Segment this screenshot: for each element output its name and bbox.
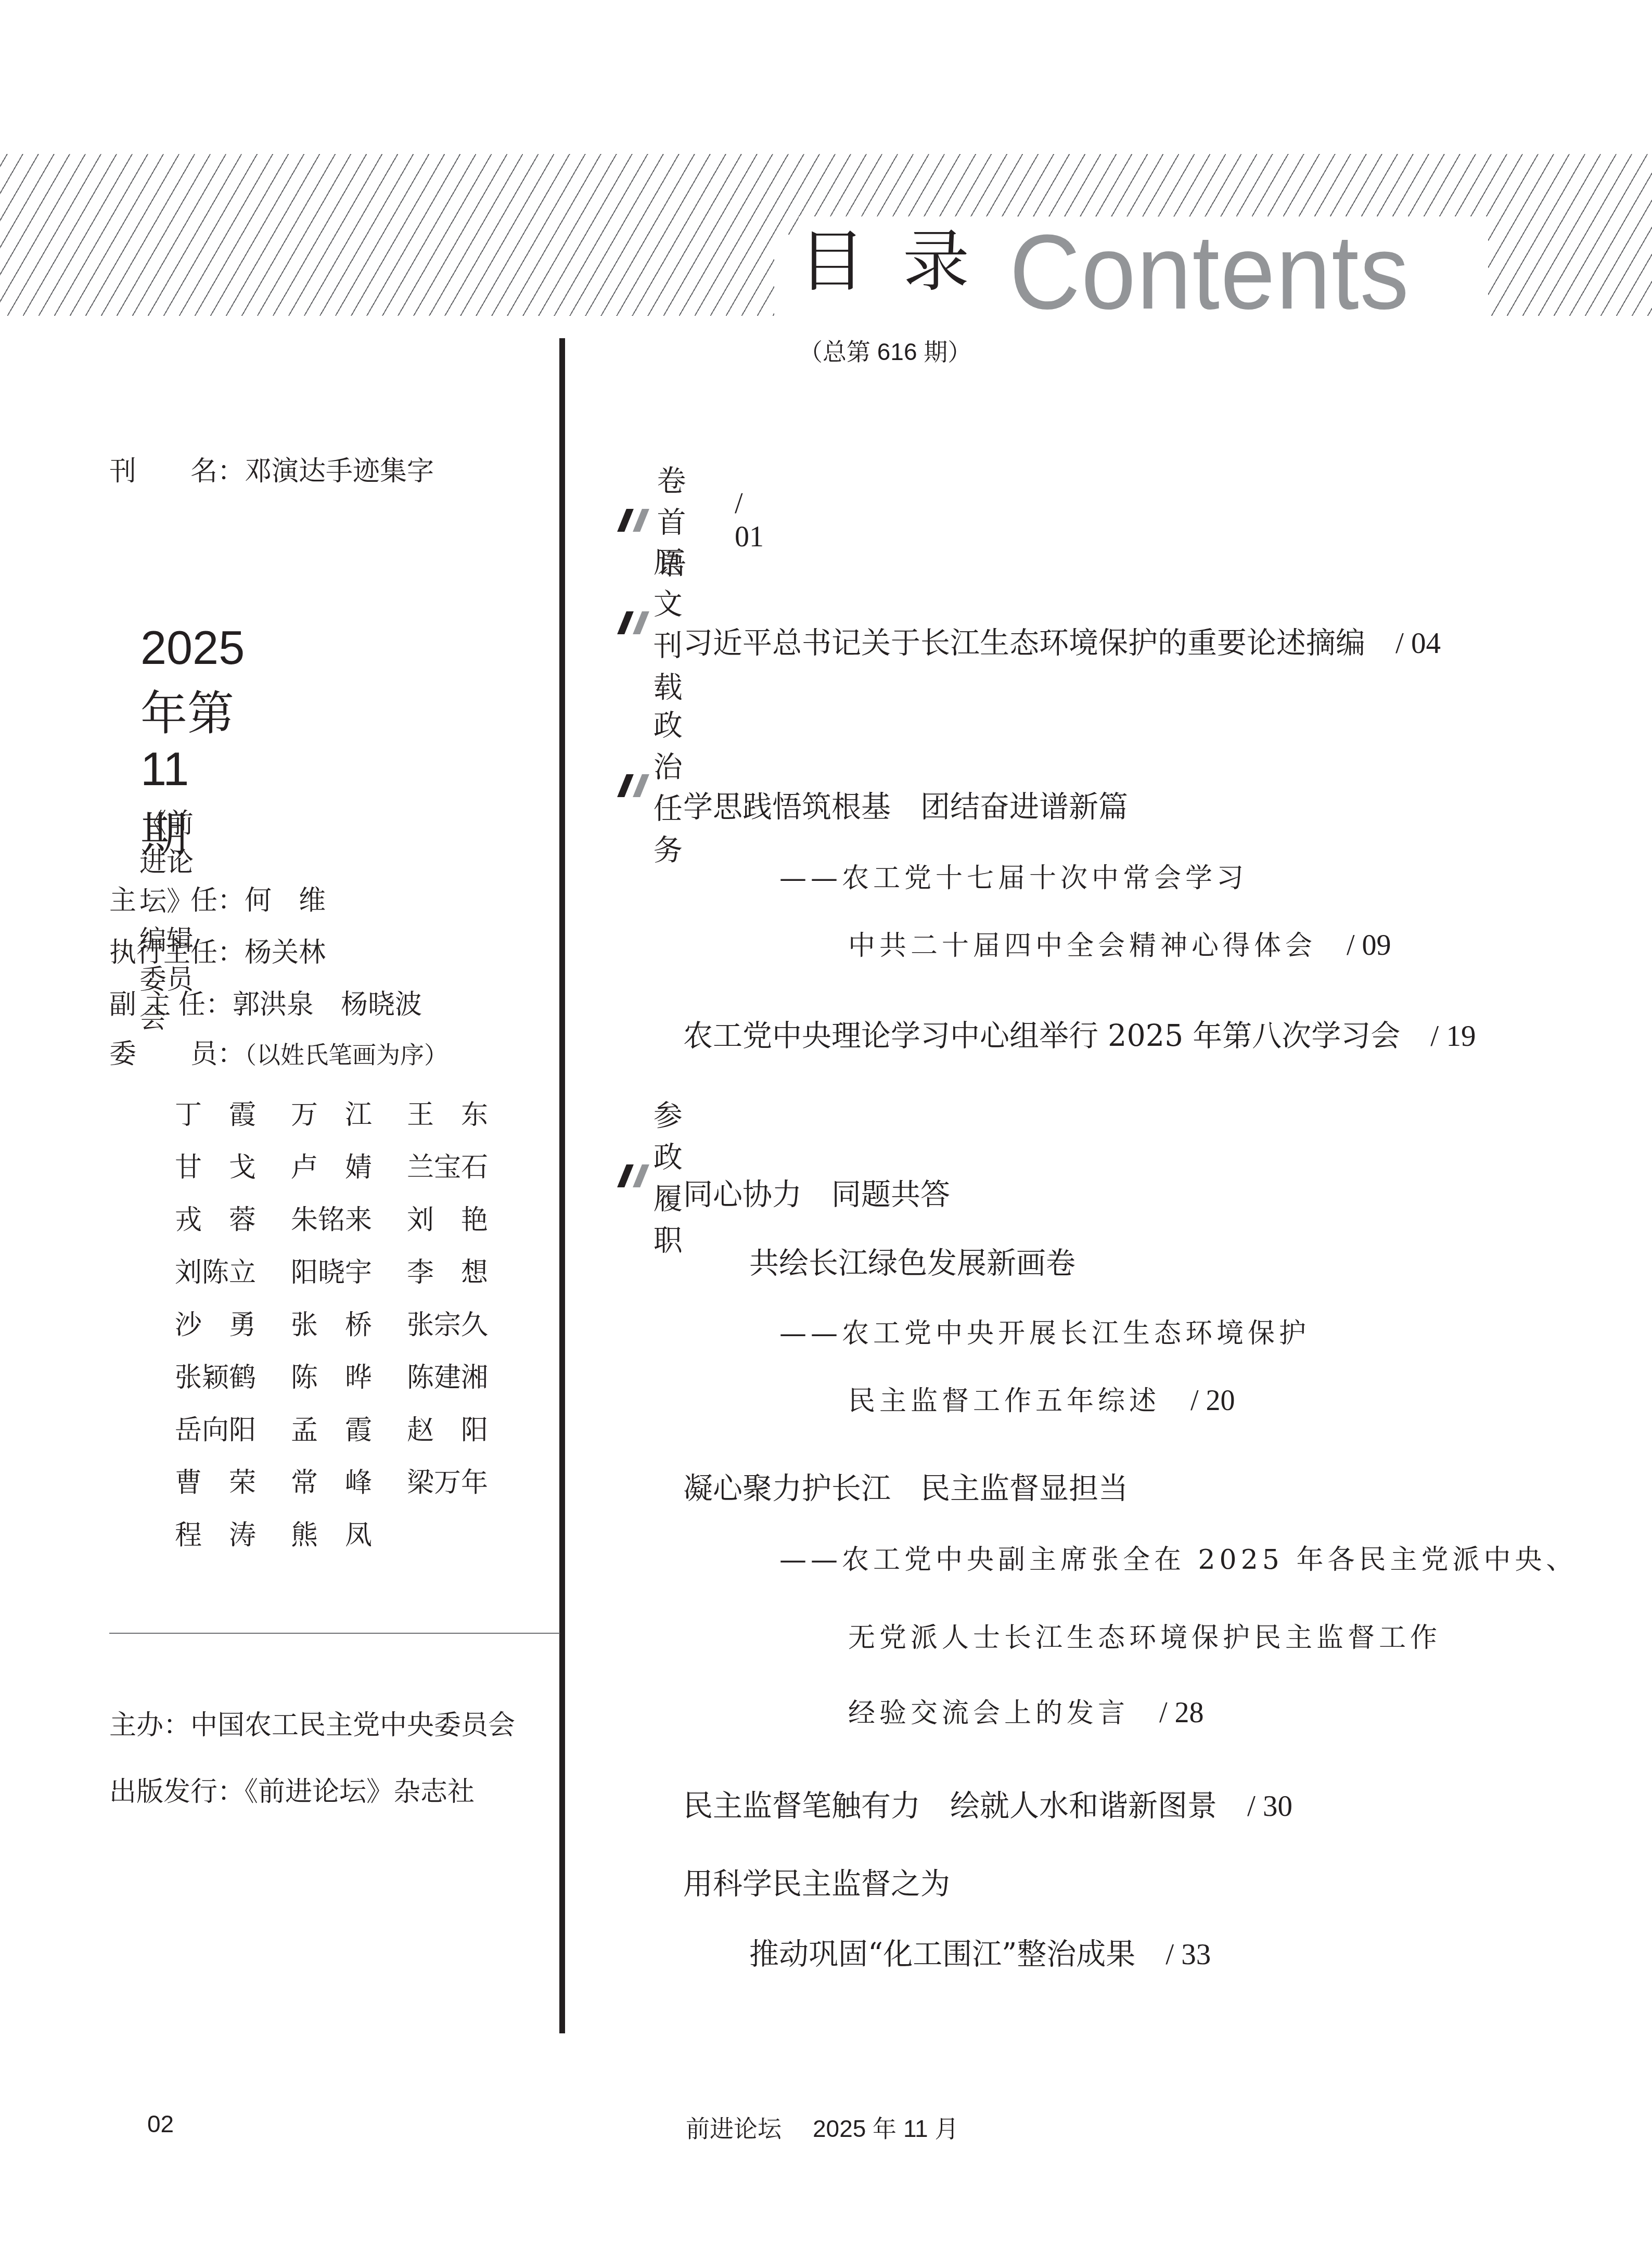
role-label: 副 主 任：	[109, 990, 233, 1020]
toc-entry-subtitle[interactable]: 中共二十届四中全会精神心得体会/ 09	[848, 924, 1391, 963]
toc-entry-subtitle[interactable]: ——农工党十七届十次中常会学习	[779, 856, 1248, 895]
member-name: 刘 艳	[407, 1198, 523, 1250]
member-name: 常 峰	[291, 1460, 407, 1513]
member-name: 张 桥	[291, 1303, 407, 1355]
section-marker-icon	[616, 774, 630, 797]
issue-total-number: （总第 616 期）	[799, 333, 971, 367]
member-row: 岳向阳孟 霞赵 阳	[175, 1408, 523, 1460]
toc-entry-subtitle[interactable]: 民主监督工作五年综述/ 20	[848, 1379, 1235, 1418]
member-row: 张颖鹤陈 晔陈建湘	[175, 1355, 523, 1408]
section-marker-icon	[616, 611, 630, 634]
toc-entry[interactable]: 农工党中央理论学习中心组举行 2025 年第八次学习会/ 19	[683, 1012, 1476, 1055]
toc-entry[interactable]: 习近平总书记关于长江生态环境保护的重要论述摘编/ 04	[683, 619, 1441, 662]
role-row-members: 委 员：（以姓氏笔画为序）	[109, 1041, 448, 1068]
member-name: 岳向阳	[175, 1408, 291, 1460]
member-row: 沙 勇张 桥张宗久	[175, 1303, 523, 1355]
toc-entry-title[interactable]: 同心协力 同题共答	[683, 1171, 950, 1213]
member-name: 万 江	[291, 1093, 407, 1145]
entry-page: / 28	[1159, 1697, 1204, 1729]
member-row: 戎 蓉朱铭来刘 艳	[175, 1198, 523, 1250]
member-name: 甘 戈	[175, 1145, 291, 1198]
role-label: 主 任：	[109, 886, 245, 916]
entry-subtitle-text: 中共二十届四中全会精神心得体会	[848, 930, 1316, 962]
section-marker-icon	[616, 509, 633, 532]
member-name: 陈 晔	[291, 1355, 407, 1408]
member-name	[407, 1513, 523, 1566]
entry-title: 民主监督笔触有力 绘就人水和谐新图景	[683, 1789, 1217, 1823]
section-page: / 01	[735, 487, 764, 554]
sponsor: 主办：中国农工民主党中央委员会	[109, 1712, 515, 1739]
member-name: 陈建湘	[407, 1355, 523, 1408]
entry-title: 习近平总书记关于长江生态环境保护的重要论述摘编	[683, 626, 1365, 660]
role-value: 杨关林	[245, 938, 326, 968]
member-row: 丁 霞万 江王 东	[175, 1093, 523, 1145]
role-value: 郭洪泉 杨晓波	[233, 990, 422, 1020]
member-name: 孟 霞	[291, 1408, 407, 1460]
entry-page: / 33	[1166, 1938, 1211, 1971]
role-label: 委 员：	[109, 1039, 245, 1069]
member-name: 程 涛	[175, 1513, 291, 1566]
members-order-note: （以姓氏笔画为序）	[245, 1041, 448, 1069]
entry-page: / 20	[1190, 1385, 1235, 1417]
entry-subtitle-text: 经验交流会上的发言	[848, 1698, 1129, 1729]
member-name: 梁万年	[407, 1460, 523, 1513]
journal-name-value: 邓演达手迹集字	[245, 456, 434, 486]
role-value: 何 维	[245, 886, 326, 916]
running-footer: 前进论坛2025 年 11 月	[686, 2110, 958, 2144]
member-name: 刘陈立	[175, 1250, 291, 1303]
member-name: 沙 勇	[175, 1303, 291, 1355]
journal-name-label: 刊 名：	[109, 456, 245, 486]
toc-entry-subtitle[interactable]: 经验交流会上的发言/ 28	[848, 1691, 1204, 1730]
member-name: 戎 蓉	[175, 1198, 291, 1250]
footer-journal: 前进论坛	[686, 2115, 782, 2142]
role-row-director: 主 任：何 维	[109, 887, 326, 914]
toc-entry-title-line2[interactable]: 共绘长江绿色发展新画卷	[749, 1239, 1075, 1282]
toc-entry-title[interactable]: 用科学民主监督之为	[683, 1860, 950, 1903]
entry-title: 农工党中央理论学习中心组举行 2025 年第八次学习会	[683, 1019, 1400, 1053]
footer-date: 2025 年 11 月	[813, 2115, 958, 2142]
member-row: 刘陈立阳晓宇李 想	[175, 1250, 523, 1303]
page-title-chinese: 目录	[799, 229, 1007, 296]
member-name: 张宗久	[407, 1303, 523, 1355]
member-name: 李 想	[407, 1250, 523, 1303]
member-name: 曹 荣	[175, 1460, 291, 1513]
member-name: 赵 阳	[407, 1408, 523, 1460]
member-name: 王 东	[407, 1093, 523, 1145]
role-row-executive-director: 执行主任：杨关林	[109, 939, 326, 966]
toc-entry-title[interactable]: 学思践悟筑根基 团结奋进谱新篇	[683, 783, 1128, 826]
member-name: 卢 婧	[291, 1145, 407, 1198]
toc-entry[interactable]: 民主监督笔触有力 绘就人水和谐新图景/ 30	[683, 1782, 1292, 1825]
member-row: 甘 戈卢 婧兰宝石	[175, 1145, 523, 1198]
role-label: 执行主任：	[109, 938, 245, 968]
member-row: 曹 荣常 峰梁万年	[175, 1460, 523, 1513]
toc-entry-title[interactable]: 凝心聚力护长江 民主监督显担当	[683, 1465, 1128, 1507]
masthead-divider	[109, 1633, 560, 1634]
member-row: 程 涛熊 凤	[175, 1513, 523, 1566]
page-number: 02	[147, 2110, 174, 2138]
member-name: 朱铭来	[291, 1198, 407, 1250]
toc-entry-title-line2[interactable]: 推动巩固“化工围江”整治成果/ 33	[749, 1930, 1211, 1973]
member-name: 阳晓宇	[291, 1250, 407, 1303]
member-name: 兰宝石	[407, 1145, 523, 1198]
member-name: 丁 霞	[175, 1093, 291, 1145]
role-row-deputy-director: 副 主 任：郭洪泉 杨晓波	[109, 991, 422, 1018]
toc-entry-subtitle[interactable]: ——农工党中央开展长江生态环境保护	[779, 1311, 1310, 1350]
entry-page: / 04	[1395, 627, 1441, 660]
member-list: 丁 霞万 江王 东 甘 戈卢 婧兰宝石 戎 蓉朱铭来刘 艳 刘陈立阳晓宇李 想 …	[175, 1093, 523, 1566]
section-marker-icon	[616, 1164, 630, 1187]
publisher: 出版发行：《前进论坛》杂志社	[109, 1778, 475, 1805]
column-divider	[559, 338, 565, 2033]
entry-subtitle-text: 民主监督工作五年综述	[848, 1386, 1160, 1417]
member-name: 张颖鹤	[175, 1355, 291, 1408]
entry-page: / 09	[1347, 929, 1391, 962]
toc-entry-subtitle[interactable]: ——农工党中央副主席张全在 2025 年各民主党派中央、	[779, 1538, 1577, 1577]
journal-name-row: 刊 名：邓演达手迹集字	[109, 458, 434, 485]
toc-entry-subtitle[interactable]: 无党派人士长江生态环境保护民主监督工作	[848, 1616, 1441, 1655]
entry-page: / 19	[1430, 1020, 1476, 1053]
page-title-english: Contents	[1009, 219, 1410, 325]
member-name: 熊 凤	[291, 1513, 407, 1566]
entry-page: / 30	[1247, 1790, 1292, 1823]
entry-title-text: 推动巩固“化工围江”整治成果	[749, 1937, 1135, 1971]
